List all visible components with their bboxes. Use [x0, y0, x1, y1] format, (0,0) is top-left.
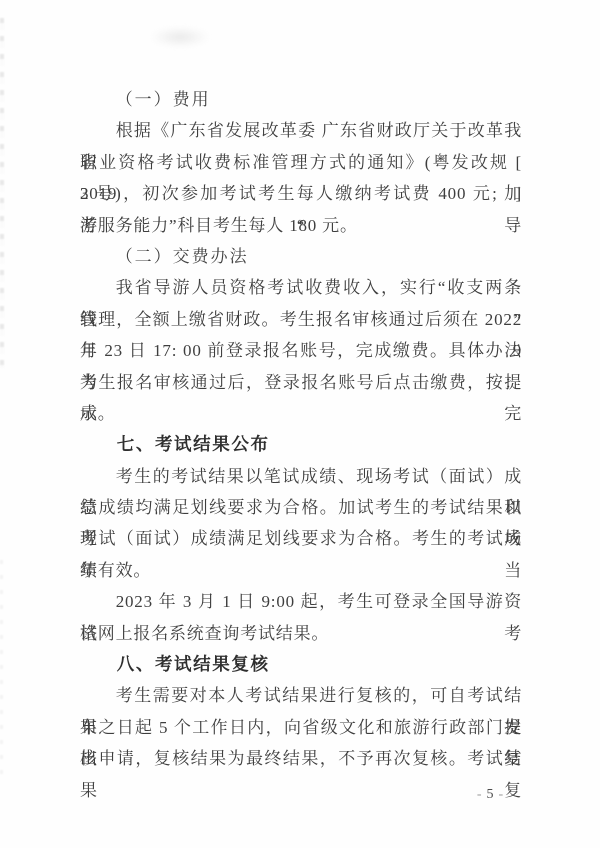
text-line: 月 23 日 17: 00 前登录报名账号，完成缴费。具体办法为： — [80, 335, 522, 366]
text-line: 职业资格考试收费标准管理方式的通知》(粤发改规 [ 2019 ] — [80, 147, 522, 178]
text-line: 根据《广东省发展改革委 广东省财政厅关于改革我省 — [80, 115, 522, 146]
sub-heading: （一）费用 — [80, 84, 522, 115]
text-line: 考生报名审核通过后，登录报名账号后点击缴费，按提示完 — [80, 367, 522, 398]
section-heading: 七、考试结果公布 — [80, 429, 522, 460]
text-line: 考试（面试）成绩满足划线要求为合格。考生的考试成绩当 — [80, 523, 522, 554]
text-line: 考生需要对本人考试结果进行复核的，可自考试结果发 — [80, 680, 522, 711]
text-line: 核申请，复核结果为最终结果，不予再次复核。考试结果复 — [80, 743, 522, 774]
text-line: 考生的考试结果以笔试成绩、现场考试（面试）成绩和 — [80, 461, 522, 492]
page-number: -5- — [448, 784, 532, 806]
section-heading: 八、考试结果复核 — [80, 649, 522, 680]
text-line: 2023 年 3 月 1 日 9:00 起，考生可登录全国导游资格考 — [80, 586, 522, 617]
scan-edge-artifact-lower — [0, 560, 3, 780]
page-number-value: 5 — [487, 787, 494, 802]
text-line: 总成绩均满足划线要求为合格。加试考生的考试结果以现场 — [80, 492, 522, 523]
text-line: 管理，全额上缴省财政。考生报名审核通过后须在 2022 年 9 — [80, 304, 522, 335]
scan-edge-artifact — [0, 18, 4, 368]
text-line: 布之日起 5 个工作日内，向省级文化和旅游行政部门提出复 — [80, 712, 522, 743]
page-number-dash-left: - — [472, 787, 487, 802]
scan-smudge — [150, 26, 210, 48]
text-line: 3 号)，初次参加考试考生每人缴纳考试费 400 元; 加考“导 — [80, 178, 522, 209]
text-line: 我省导游人员资格考试收费收入，实行“收支两条线” — [80, 272, 522, 303]
text-block: （一）费用根据《广东省发展改革委 广东省财政厅关于改革我省职业资格考试收费标准管… — [80, 84, 522, 775]
document-page: （一）费用根据《广东省发展改革委 广东省财政厅关于改革我省职业资格考试收费标准管… — [0, 0, 600, 848]
page-number-dash-right: - — [494, 787, 509, 802]
sub-heading: （二）交费办法 — [80, 241, 522, 272]
